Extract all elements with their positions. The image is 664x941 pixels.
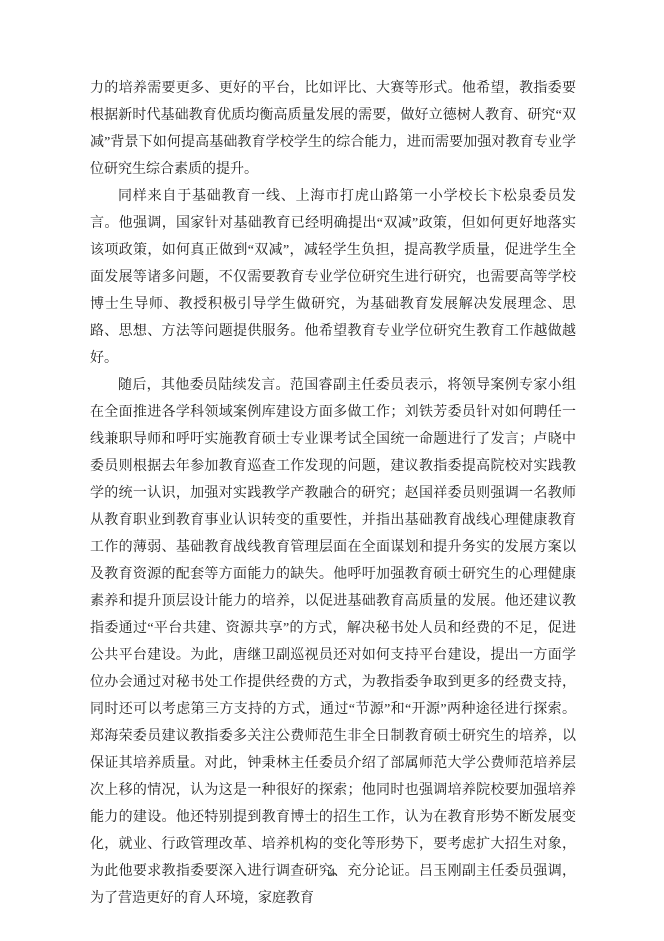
- paragraph-other-members-speech: 随后，其他委员陆续发言。范国睿副主任委员表示，将领导案例专家小组在全面推进各学科…: [90, 372, 576, 912]
- document-page: 力的培养需要更多、更好的平台，比如评比、大赛等形式。他希望，教指委要根据新时代基…: [0, 0, 664, 941]
- page-number: 4: [0, 864, 664, 880]
- paragraph-bian-songquan-speech: 同样来自于基础教育一线、上海市打虎山路第一小学校长卞松泉委员发言。他强调，国家针…: [90, 183, 576, 372]
- document-body: 力的培养需要更多、更好的平台，比如评比、大赛等形式。他希望，教指委要根据新时代基…: [90, 75, 576, 912]
- paragraph-continuation: 力的培养需要更多、更好的平台，比如评比、大赛等形式。他希望，教指委要根据新时代基…: [90, 75, 576, 183]
